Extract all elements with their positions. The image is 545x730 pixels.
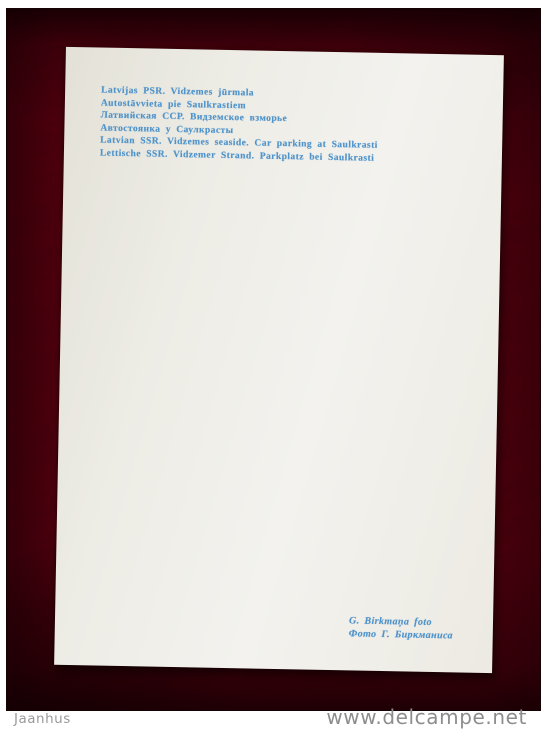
postcard: Latvijas PSR. Vidzemes jūrmala Autostāvv… — [54, 47, 504, 673]
delcampe-watermark: www.delcampe.net — [326, 705, 527, 729]
credit-line: Фото Г. Биркманиса — [349, 628, 453, 642]
photographer-credit: G. Birkmaņa foto Фото Г. Биркманиса — [349, 615, 454, 642]
seller-watermark: Jaanhus — [14, 711, 71, 727]
leather-background: Latvijas PSR. Vidzemes jūrmala Autostāvv… — [6, 8, 541, 711]
listing-photo: Latvijas PSR. Vidzemes jūrmala Autostāvv… — [0, 0, 545, 730]
postcard-caption: Latvijas PSR. Vidzemes jūrmala Autostāvv… — [100, 85, 379, 166]
